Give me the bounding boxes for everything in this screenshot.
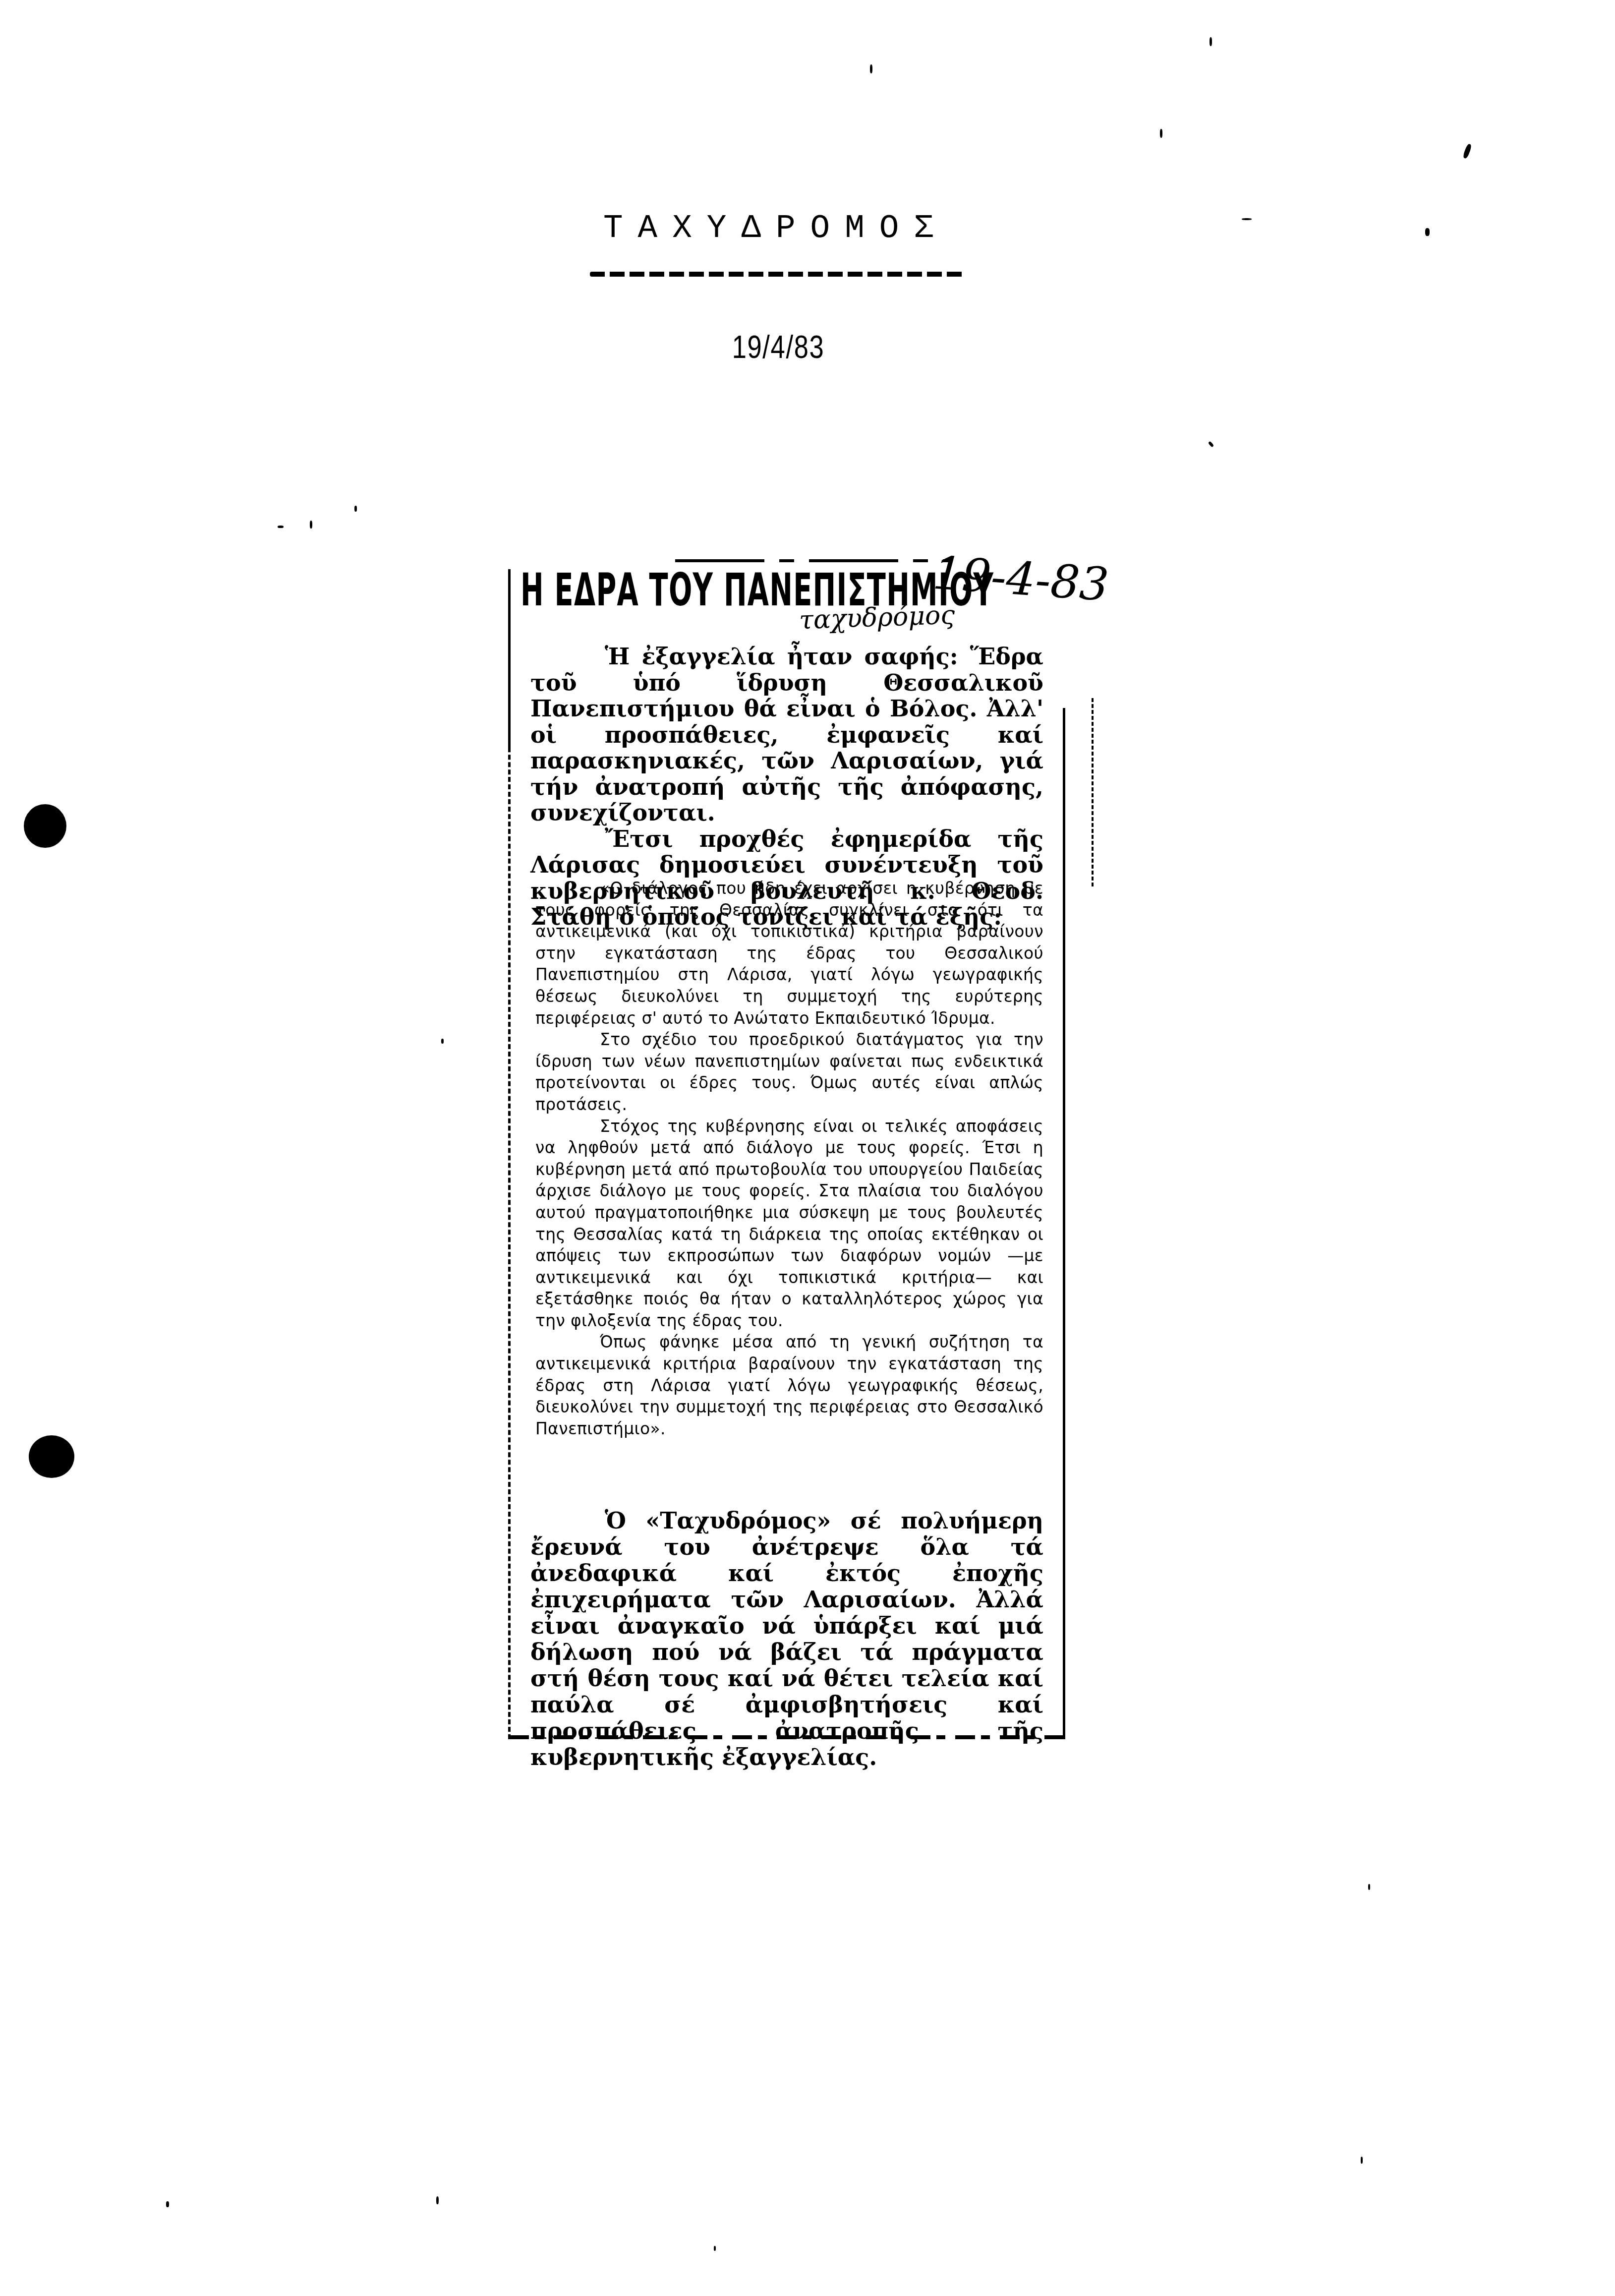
scan-speck	[1210, 37, 1212, 46]
scan-speck	[441, 1039, 444, 1044]
scan-speck	[310, 521, 312, 529]
punch-hole-top	[24, 804, 66, 848]
scan-speck	[1425, 228, 1430, 236]
publication-name: ΤΑΧΥΔΡΟΜΟΣ	[580, 212, 972, 245]
closing-paragraph: Ὁ «Ταχυδρόμος» σέ πολυήμερη ἔρευνά του ἀ…	[530, 1508, 1043, 1770]
clipping-border-right-upper	[1092, 698, 1094, 886]
scanned-page: ΤΑΧΥΔΡΟΜΟΣ 19/4/83 Η ΕΔΡΑ ΤΟΥ ΠΑΝΕΠΙΣΤΗΜ…	[0, 0, 1615, 2296]
quote-column: «Ο διάλογος που ήδη έχει αρχίσει η κυβέρ…	[535, 878, 1043, 1439]
lead-paragraph: Ἡ ἐξαγγελία ἦταν σαφής: Ἕδρα τοῦ ὑπό ἵδρ…	[530, 644, 1043, 826]
punch-hole-bottom	[29, 1435, 74, 1478]
dashed-rule	[590, 272, 967, 277]
handwritten-date: 19-4-83	[931, 550, 1110, 608]
scan-speck	[436, 2196, 439, 2204]
scan-speck	[354, 506, 357, 512]
handwritten-note: ταχυδρόμος	[799, 602, 955, 634]
scan-speck	[1160, 129, 1162, 138]
scan-speck	[1361, 2157, 1363, 2164]
scan-speck	[714, 2246, 716, 2251]
closing-column: Ὁ «Ταχυδρόμος» σέ πολυήμερη ἔρευνά του ἀ…	[530, 1508, 1043, 1770]
clipping-border-top	[675, 559, 953, 562]
scan-speck	[166, 2201, 169, 2207]
quote-paragraph: «Ο διάλογος που ήδη έχει αρχίσει η κυβέρ…	[535, 878, 1043, 1029]
clipping-border-right	[1063, 708, 1065, 1739]
clipping-border-left-dashed	[508, 569, 511, 1739]
newspaper-clipping: Η ΕΔΡΑ ΤΟΥ ΠΑΝΕΠΙΣΤΗΜΙΟΥ 19-4-83 ταχυδρό…	[507, 559, 1067, 1739]
scan-speck	[1242, 218, 1252, 220]
scan-speck	[1462, 143, 1472, 159]
scan-speck	[1368, 1884, 1370, 1890]
typed-date: 19/4/83	[717, 331, 839, 363]
quote-paragraph: Στο σχέδιο του προεδρικού διατάγματος γι…	[535, 1029, 1043, 1115]
scan-speck	[1208, 441, 1214, 447]
scan-speck	[870, 64, 872, 73]
scan-speck	[278, 526, 284, 528]
quote-paragraph: Στόχος της κυβέρνησης είναι οι τελικές α…	[535, 1116, 1043, 1332]
quote-paragraph: Όπως φάνηκε μέσα από τη γενική συζήτηση …	[535, 1331, 1043, 1439]
